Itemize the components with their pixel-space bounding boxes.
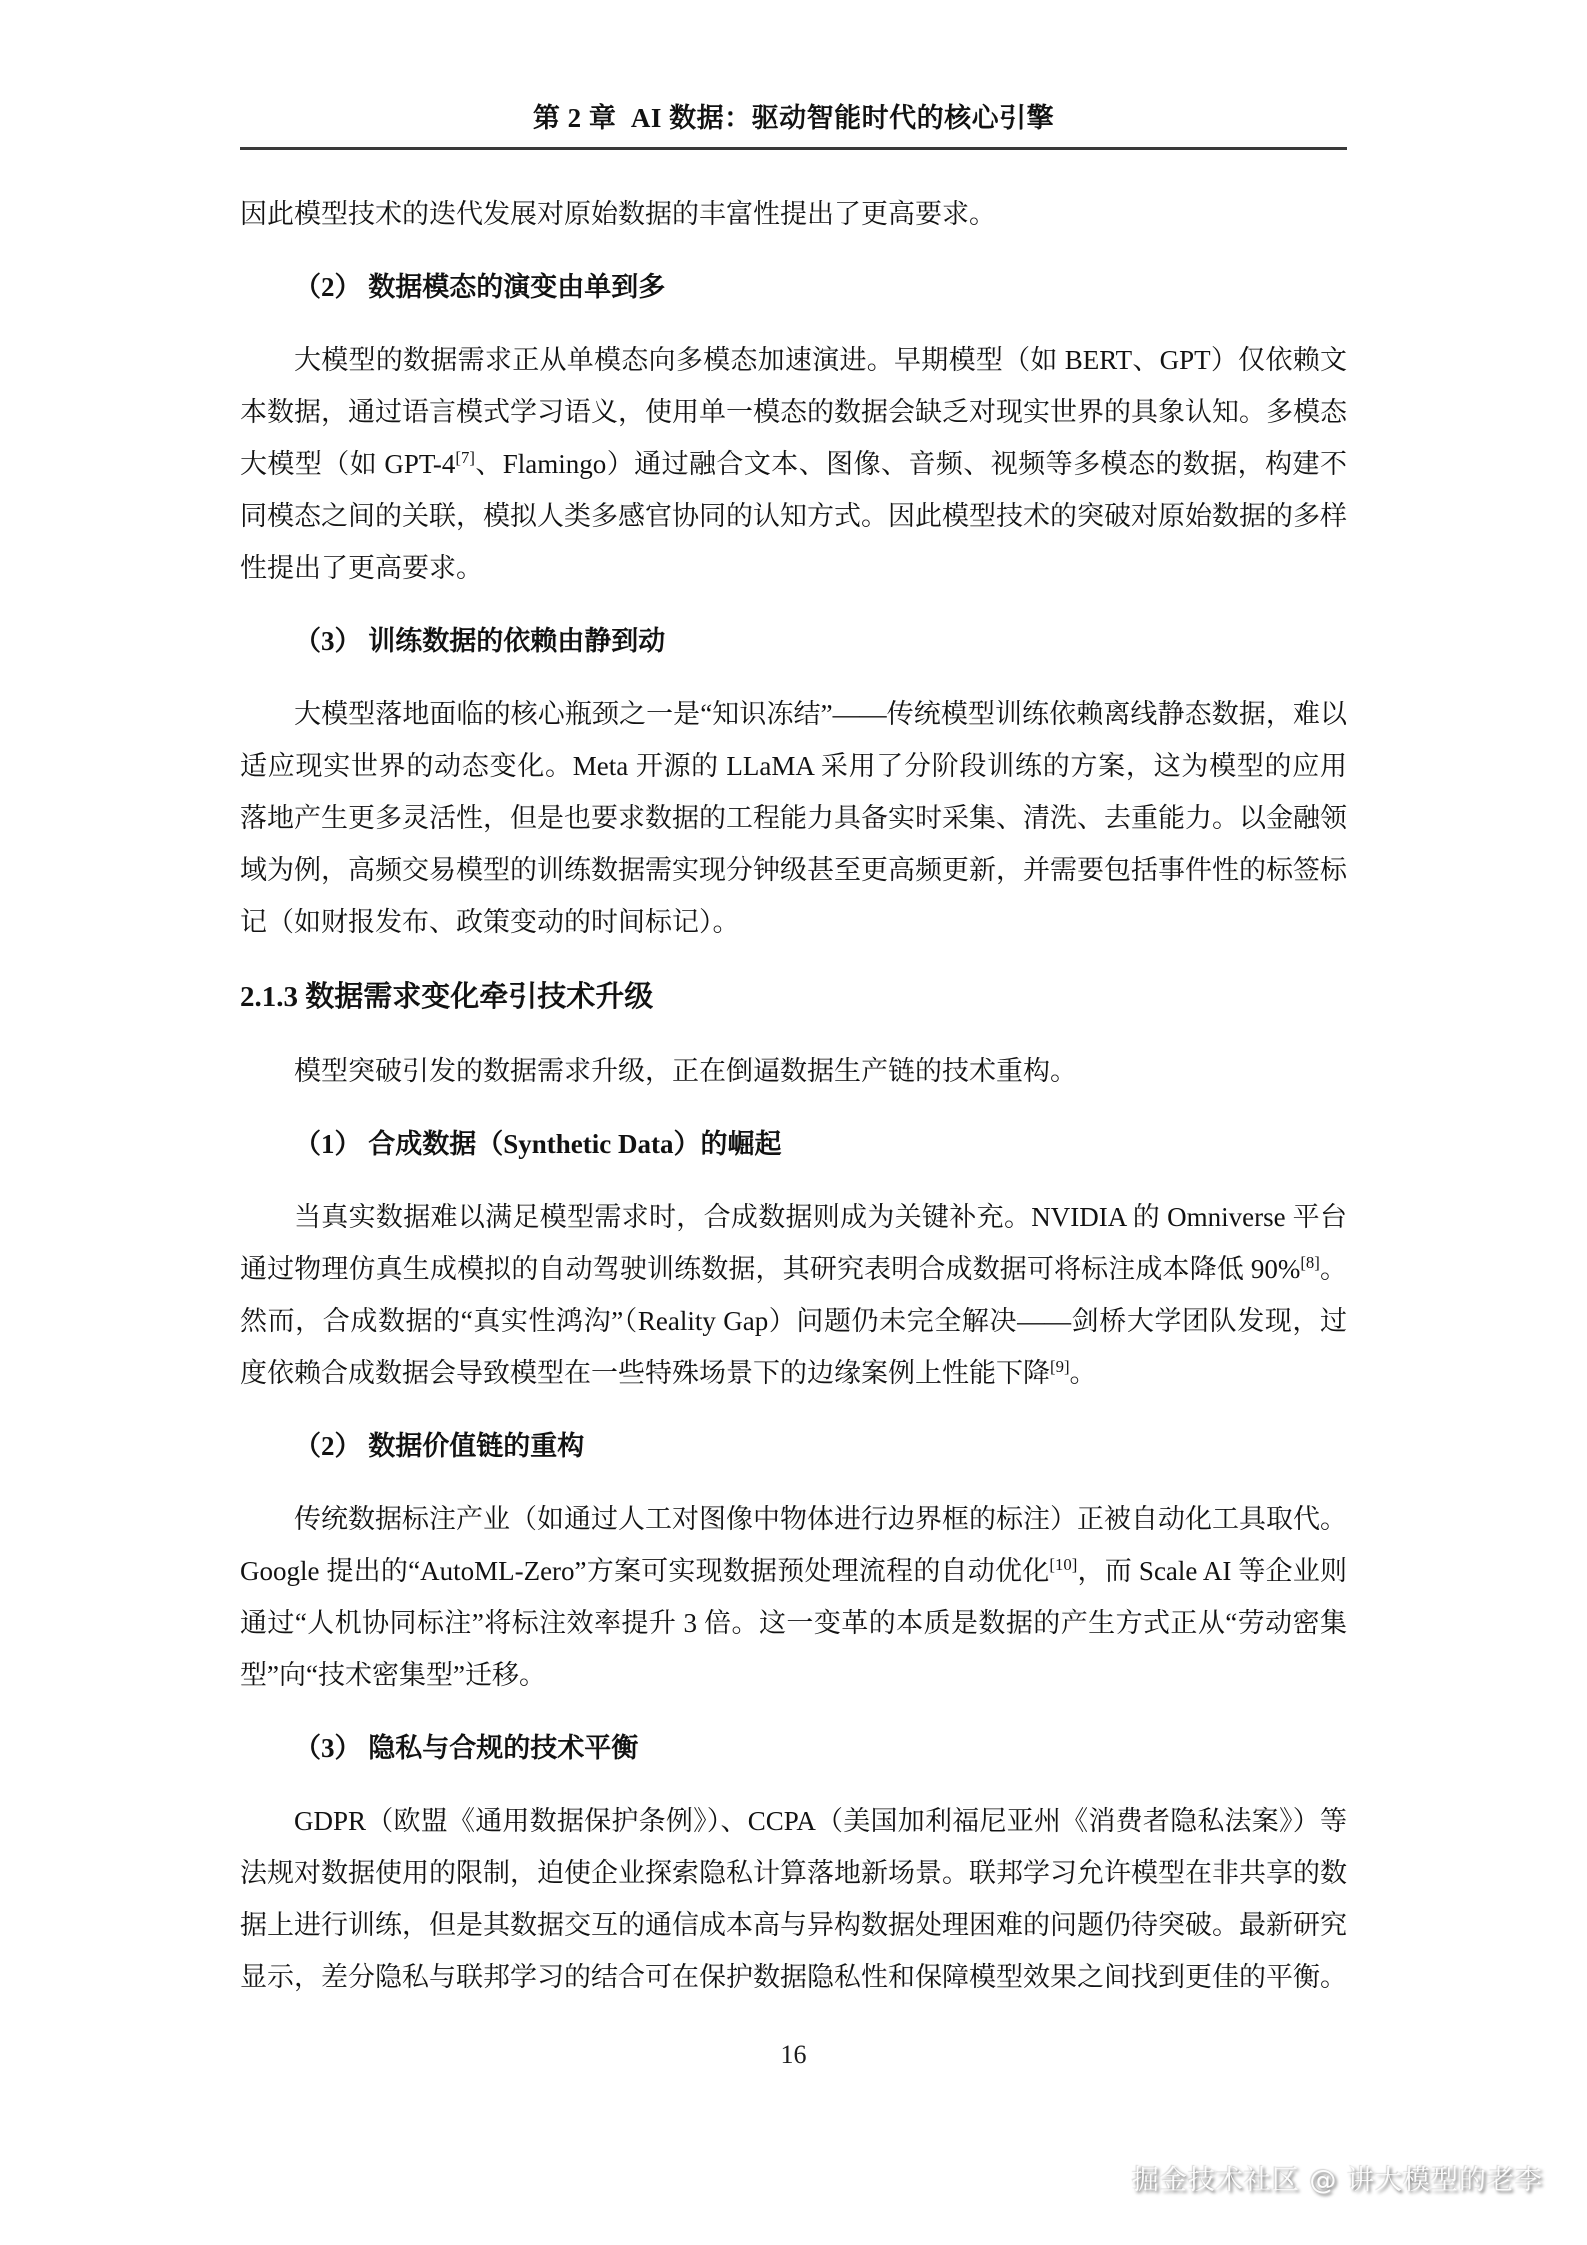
continuation: 因此模型技术的迭代发展对原始数据的丰富性提出了更高要求。: [240, 188, 1347, 240]
paragraph: 传统数据标注产业（如通过人工对图像中物体进行边界框的标注）正被自动化工具取代。G…: [240, 1493, 1347, 1701]
watermark: 掘金技术社区 @ 讲大模型的老李: [1132, 2158, 1543, 2197]
citation-ref: [9]: [1050, 1357, 1070, 1376]
paragraph: 当真实数据难以满足模型需求时，合成数据则成为关键补充。NVIDIA 的 Omni…: [240, 1191, 1347, 1399]
document-body: 因此模型技术的迭代发展对原始数据的丰富性提出了更高要求。（2） 数据模态的演变由…: [240, 188, 1347, 2003]
chapter-header-title: 第 2 章 AI 数据：驱动智能时代的核心引擎: [240, 100, 1347, 136]
paragraph: 大模型落地面临的核心瓶颈之一是“知识冻结”——传统模型训练依赖离线静态数据，难以…: [240, 688, 1347, 948]
paragraph: 模型突破引发的数据需求升级，正在倒逼数据生产链的技术重构。: [240, 1045, 1347, 1097]
page-number: 16: [0, 2040, 1587, 2070]
page-header: 第 2 章 AI 数据：驱动智能时代的核心引擎: [240, 0, 1347, 150]
paragraph: 大模型的数据需求正从单模态向多模态加速演进。早期模型（如 BERT、GPT）仅依…: [240, 334, 1347, 594]
sub-heading: （1） 合成数据（Synthetic Data）的崛起: [240, 1118, 1347, 1170]
sub-heading: （2） 数据价值链的重构: [240, 1420, 1347, 1472]
sub-heading: （3） 隐私与合规的技术平衡: [240, 1722, 1347, 1774]
citation-ref: [7]: [455, 448, 475, 467]
citation-ref: [10]: [1049, 1555, 1077, 1574]
page: 第 2 章 AI 数据：驱动智能时代的核心引擎 因此模型技术的迭代发展对原始数据…: [0, 0, 1587, 2245]
sub-heading: （3） 训练数据的依赖由静到动: [240, 615, 1347, 667]
paragraph: GDPR（欧盟《通用数据保护条例》）、CCPA（美国加利福尼亚州《消费者隐私法案…: [240, 1795, 1347, 2003]
document-page: { "header": { "chapter_title": "第 2 章 AI…: [0, 0, 1587, 2245]
citation-ref: [8]: [1300, 1253, 1320, 1272]
sub-heading: （2） 数据模态的演变由单到多: [240, 261, 1347, 313]
section-heading: 2.1.3 数据需求变化牵引技术升级: [240, 971, 1347, 1023]
